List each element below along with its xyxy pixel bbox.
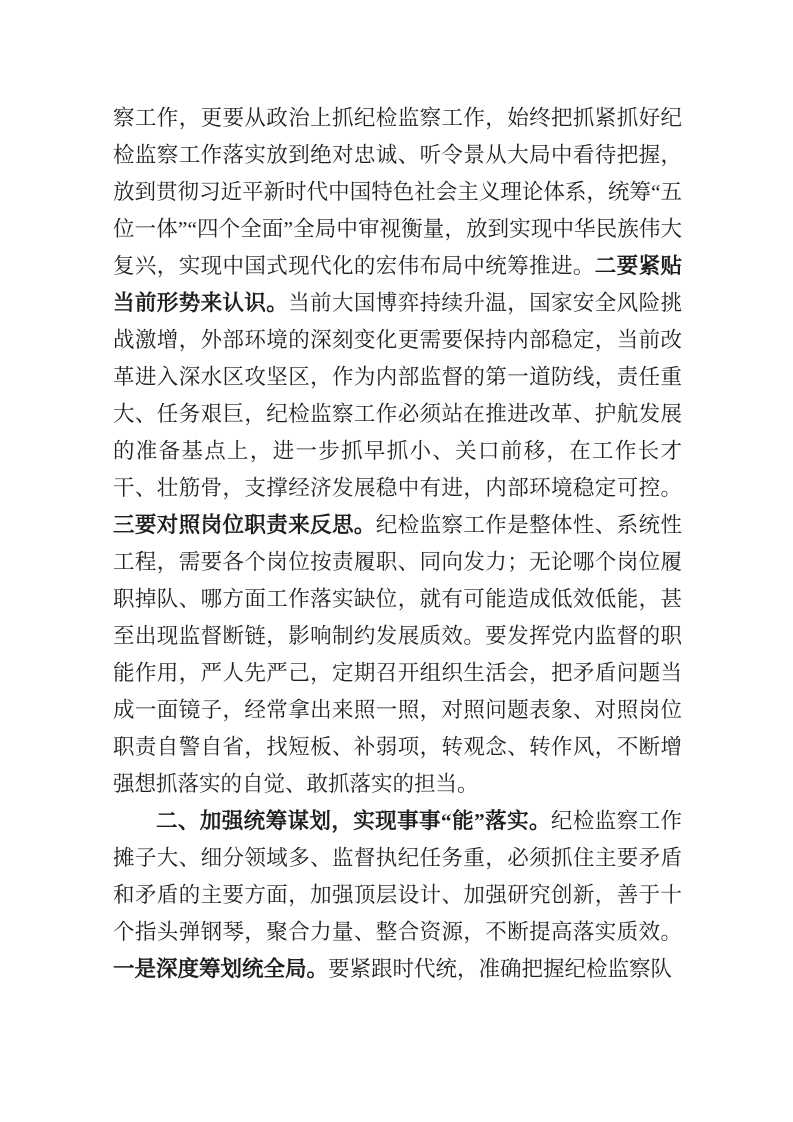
text-run: 要紧跟时代统，准确把握纪检监察队: [328, 957, 672, 981]
document-page: 察工作，更要从政治上抓纪检监察工作，始终把抓紧抓好纪检监察工作落实放到绝对忠诚、…: [0, 0, 793, 1122]
text-run: 纪检监察工作是整体性、系统性工程，需要各个岗位按责履职、同向发力；无论哪个岗位履…: [113, 513, 682, 796]
document-body: 察工作，更要从政治上抓纪检监察工作，始终把抓紧抓好纪检监察工作落实放到绝对忠诚、…: [113, 100, 682, 988]
text-run: 当前大国博弈持续升温，国家安全风险挑战激增，外部环境的深刻变化更需要保持内部稳定…: [113, 291, 682, 500]
text-run-bold: 二、加强统筹谋划，实现事事“能”落实。: [156, 809, 551, 833]
paragraph: 察工作，更要从政治上抓纪检监察工作，始终把抓紧抓好纪检监察工作落实放到绝对忠诚、…: [113, 100, 682, 803]
paragraph: 二、加强统筹谋划，实现事事“能”落实。纪检监察工作摊子大、细分领域多、监督执纪任…: [113, 803, 682, 988]
text-run-bold: 一是深度筹划统全局。: [113, 957, 328, 981]
text-run: 察工作，更要从政治上抓纪检监察工作，始终把抓紧抓好纪检监察工作落实放到绝对忠诚、…: [113, 106, 682, 278]
text-run-bold: 三要对照岗位职责来反思。: [113, 513, 376, 537]
